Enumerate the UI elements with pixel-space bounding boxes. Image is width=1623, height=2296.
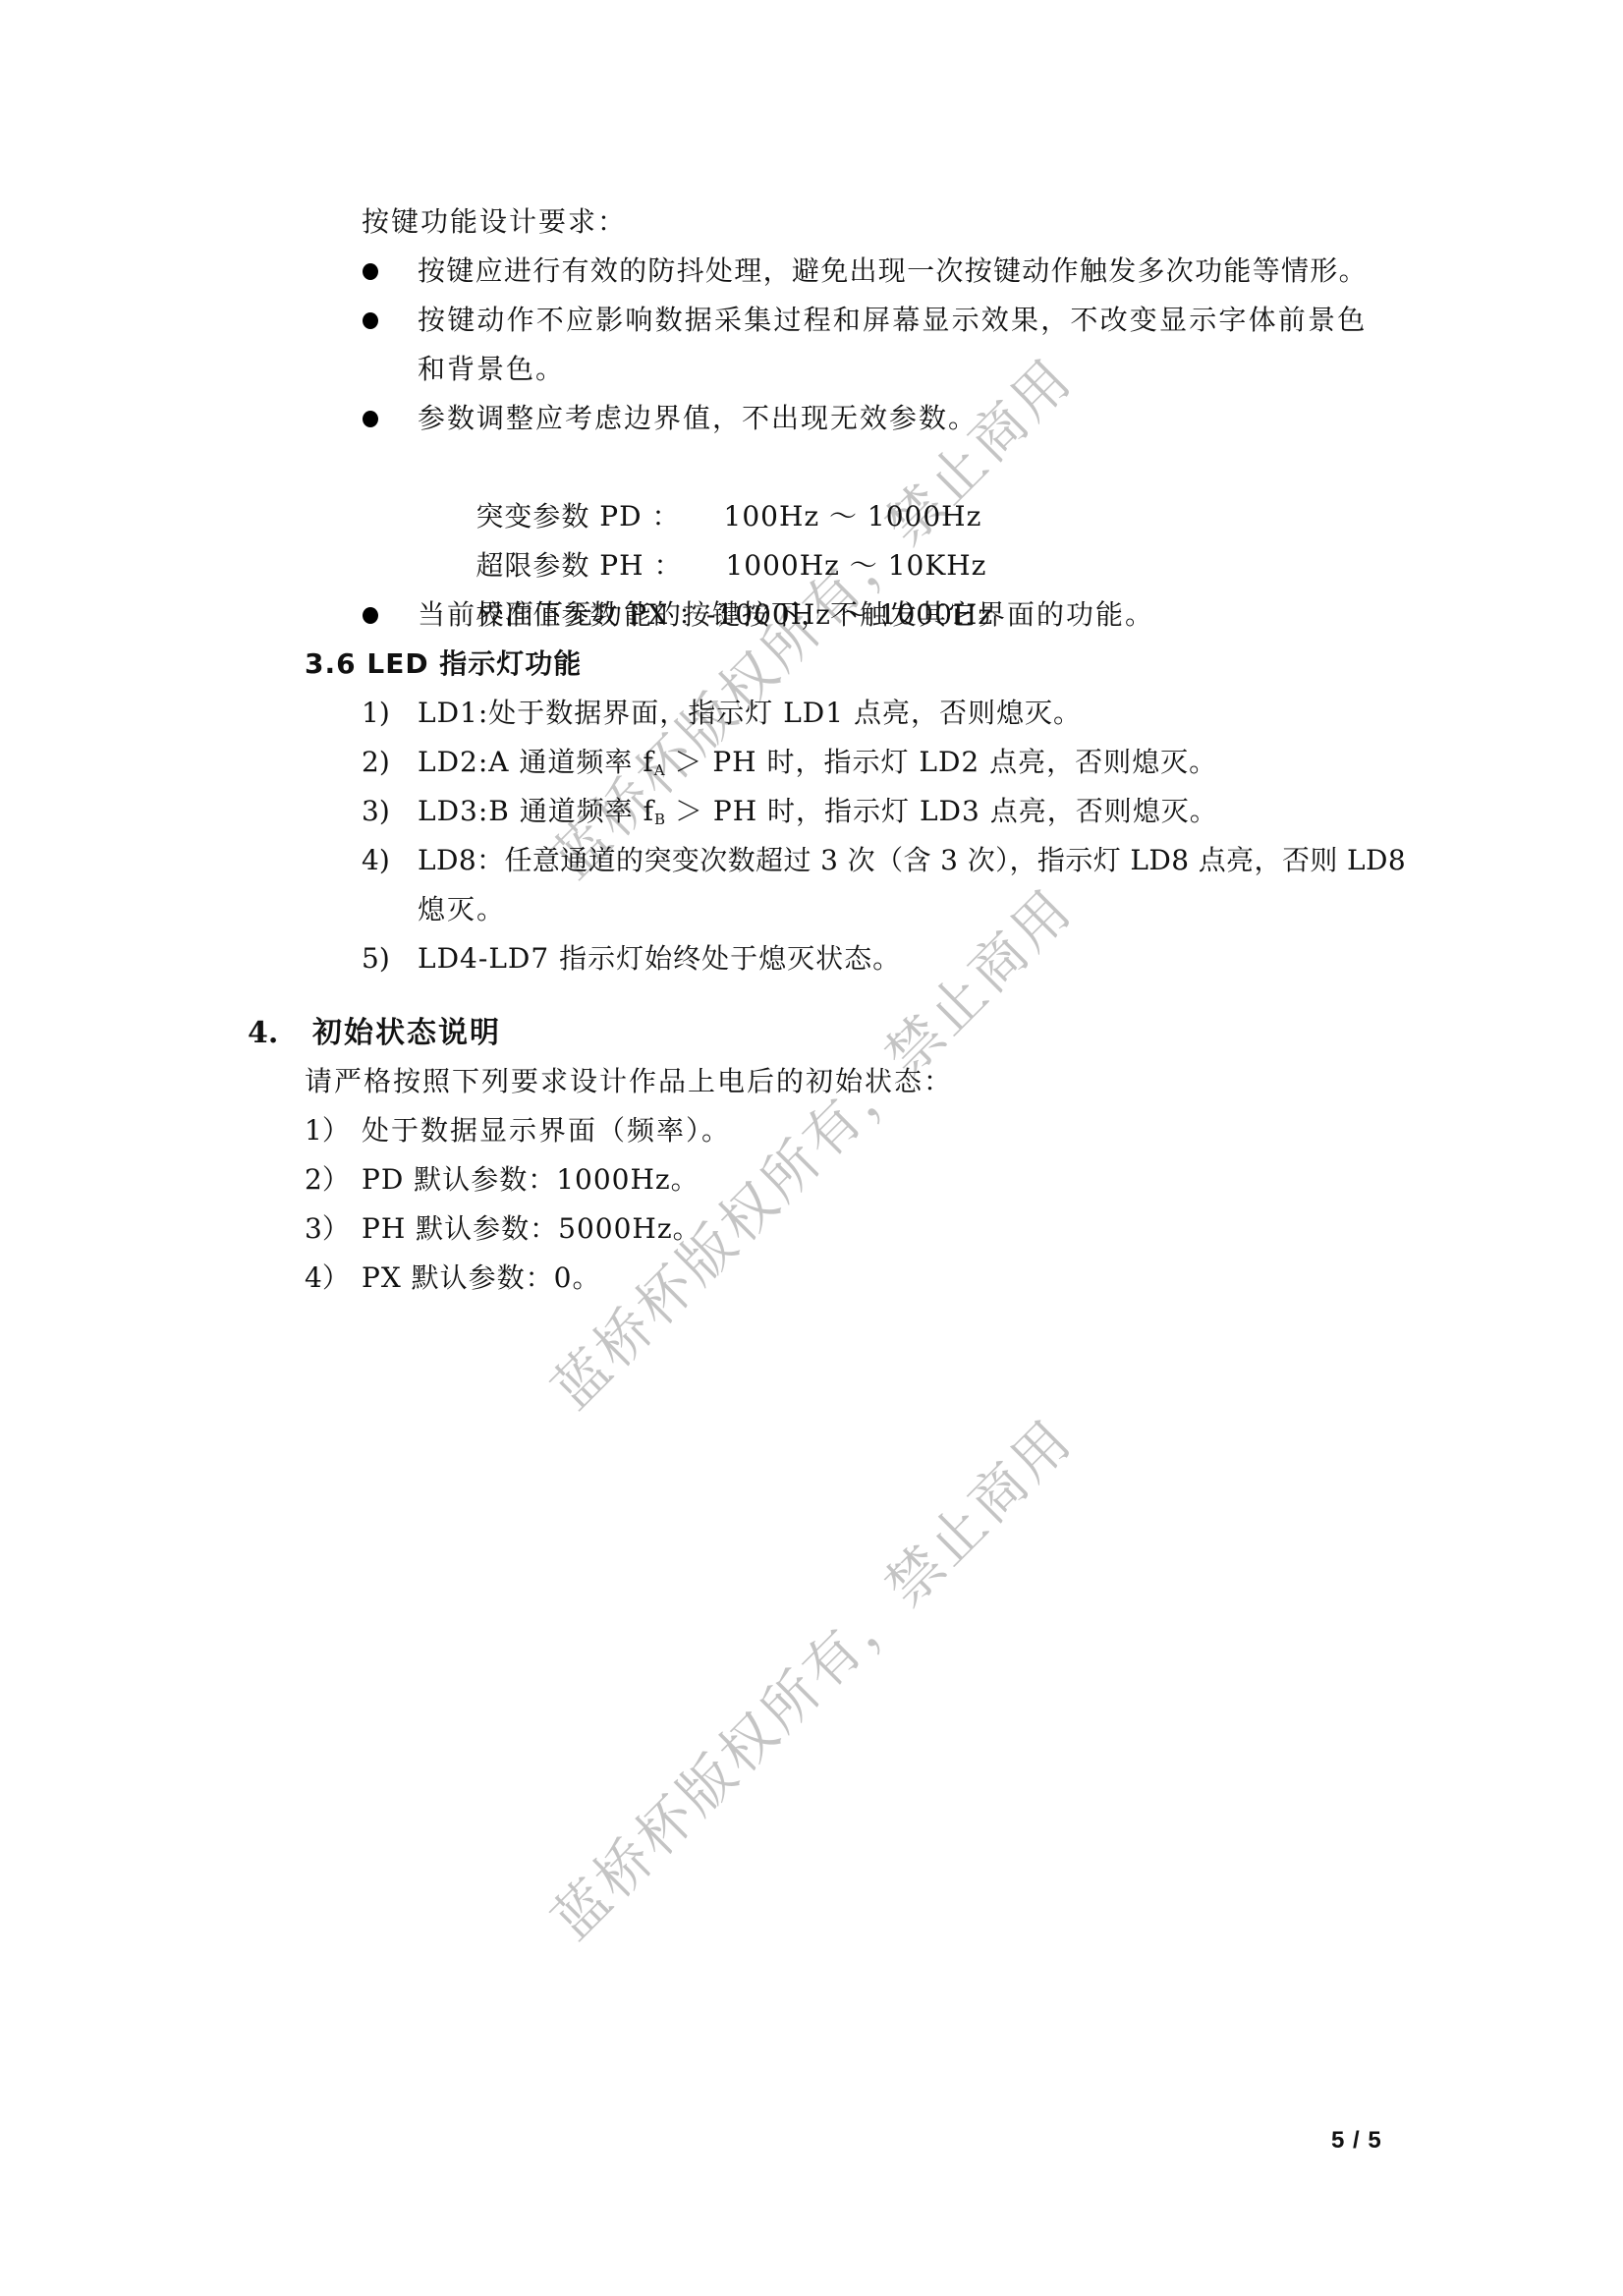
initial-state-item: PX 默认参数：0。 [362,1254,601,1303]
bullet-text-continued: 和背景色。 [418,345,565,394]
section-4-number: 4. [248,1009,278,1058]
led-item-text-continued: 熄灭。 [418,885,506,934]
led-item-text: LD1:处于数据界面，指示灯 LD1 点亮，否则熄灭。 [418,689,1082,738]
initial-state-item: PD 默认参数：1000Hz。 [362,1155,700,1204]
list-number: 3） [305,1204,350,1254]
watermark: 蓝桥杯版权所有，禁止商用 [508,1374,1119,1986]
list-number: 4) [362,836,390,885]
page-number: 5 / 5 [1331,2127,1382,2155]
bullet-text: 当前界面下无功能的按键按下，不触发其它界面的功能。 [418,590,1154,640]
list-number: 1) [362,689,390,738]
bullet-icon [360,394,381,443]
list-number: 2） [305,1155,350,1204]
section-4-heading: 初始状态说明 [312,1009,501,1058]
led-item-pre: LD3:B 通道频率 f [418,795,654,827]
bullet-text: 按键应进行有效的防抖处理，避免出现一次按键动作触发多次功能等情形。 [418,247,1368,296]
led-item-text: LD3:B 通道频率 fB ＞ PH 时，指示灯 LD3 点亮，否则熄灭。 [418,787,1218,836]
led-item-text: LD8：任意通道的突变次数超过 3 次（含 3 次），指示灯 LD8 点亮，否则… [418,836,1406,885]
bullet-icon [360,590,381,640]
list-number: 4） [305,1254,350,1303]
bullet-text: 参数调整应考虑边界值，不出现无效参数。 [418,394,978,443]
subscript: A [654,761,665,779]
key-design-intro: 按键功能设计要求： [362,197,627,247]
param-ph-row: 超限参数 PH ：1000Hz ～ 10KHz [418,492,986,541]
initial-state-item: PH 默认参数：5000Hz。 [362,1204,701,1254]
subscript: B [654,811,665,828]
document-page: 蓝桥杯版权所有，禁止商用 蓝桥杯版权所有，禁止商用 蓝桥杯版权所有，禁止商用 按… [0,0,1623,2296]
led-item-post: ＞ PH 时，指示灯 LD3 点亮，否则熄灭。 [665,795,1218,827]
led-item-pre: LD2:A 通道频率 f [418,746,654,778]
list-number: 1） [305,1106,350,1155]
bullet-text: 按键动作不应影响数据采集过程和屏幕显示效果，不改变显示字体前景色 [418,296,1367,345]
led-item-post: ＞ PH 时，指示灯 LD2 点亮，否则熄灭。 [665,746,1218,778]
led-item-text: LD2:A 通道频率 fA ＞ PH 时，指示灯 LD2 点亮，否则熄灭。 [418,738,1217,787]
list-number: 3) [362,787,390,836]
led-item-text: LD4-LD7 指示灯始终处于熄灭状态。 [418,934,901,983]
section-4-intro: 请严格按照下列要求设计作品上电后的初始状态： [305,1057,953,1106]
bullet-icon [360,247,381,296]
initial-state-item: 处于数据显示界面（频率）。 [362,1106,731,1155]
list-number: 5) [362,934,390,983]
section-3-6-heading: 3.6 LED 指示灯功能 [305,640,582,689]
param-pd-row: 突变参数 PD ：100Hz ～ 1000Hz [418,443,981,492]
list-number: 2) [362,738,390,787]
param-px-row: 校准值参数 PX ：-1000Hz ～ 1000Hz [418,541,993,590]
bullet-icon [360,296,381,345]
